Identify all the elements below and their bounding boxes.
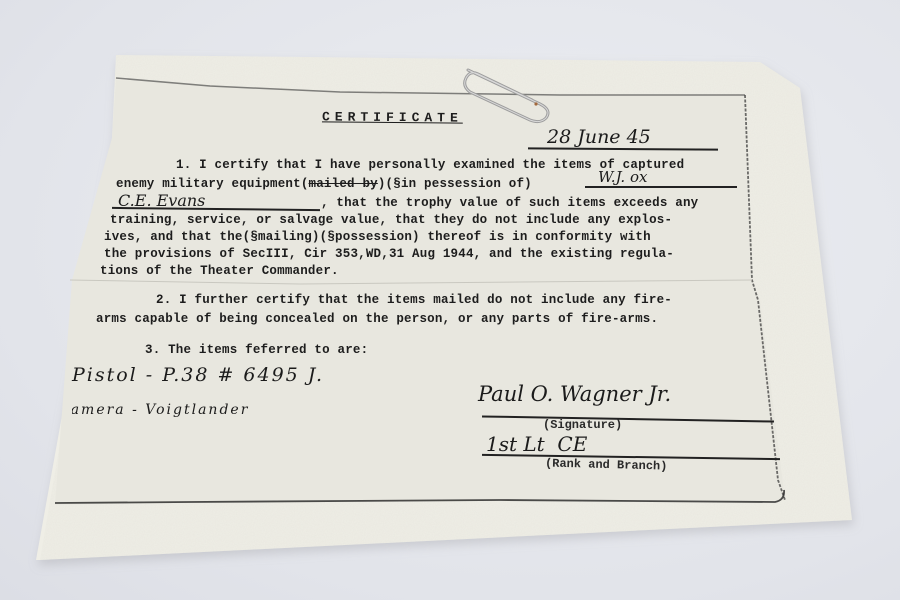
para1-line7: tions of the Theater Commander. bbox=[100, 264, 339, 278]
para3-heading: 3. The items feferred to are: bbox=[145, 343, 368, 357]
rank-handwritten: 1st Lt CE bbox=[486, 432, 587, 456]
para2-line1: 2. I further certify that the items mail… bbox=[156, 293, 672, 307]
signature-label: (Signature) bbox=[543, 418, 622, 432]
para1-line4: training, service, or salvage value, tha… bbox=[110, 213, 672, 227]
document-title: CERTIFICATE bbox=[322, 109, 463, 125]
possession-of-handwritten: W.J. ox bbox=[598, 168, 647, 186]
signature-handwritten: Paul O. Wagner Jr. bbox=[478, 382, 671, 406]
item-pistol-handwritten: Pistol - P.38 # 6495 J. bbox=[72, 364, 324, 386]
para2-line2: arms capable of being concealed on the p… bbox=[96, 312, 658, 326]
para1-line3: , that the trophy value of such items ex… bbox=[321, 196, 698, 210]
certificate-document: CERTIFICATE 28 June 45 1. I certify that… bbox=[0, 0, 900, 600]
struck-mailed-by: mailed by bbox=[309, 177, 378, 191]
item-camera-handwritten: Camera - Voigtlander bbox=[58, 402, 249, 418]
date-handwritten: 28 June 45 bbox=[547, 126, 651, 148]
para1-line6: the provisions of SecIII, Cir 353,WD,31 … bbox=[104, 247, 674, 261]
possession-underline bbox=[585, 186, 737, 188]
para1-line5: ives, and that the(§mailing)(§possession… bbox=[104, 230, 651, 244]
para1-line2: enemy military equipment(mailed by)(§in … bbox=[116, 177, 532, 191]
